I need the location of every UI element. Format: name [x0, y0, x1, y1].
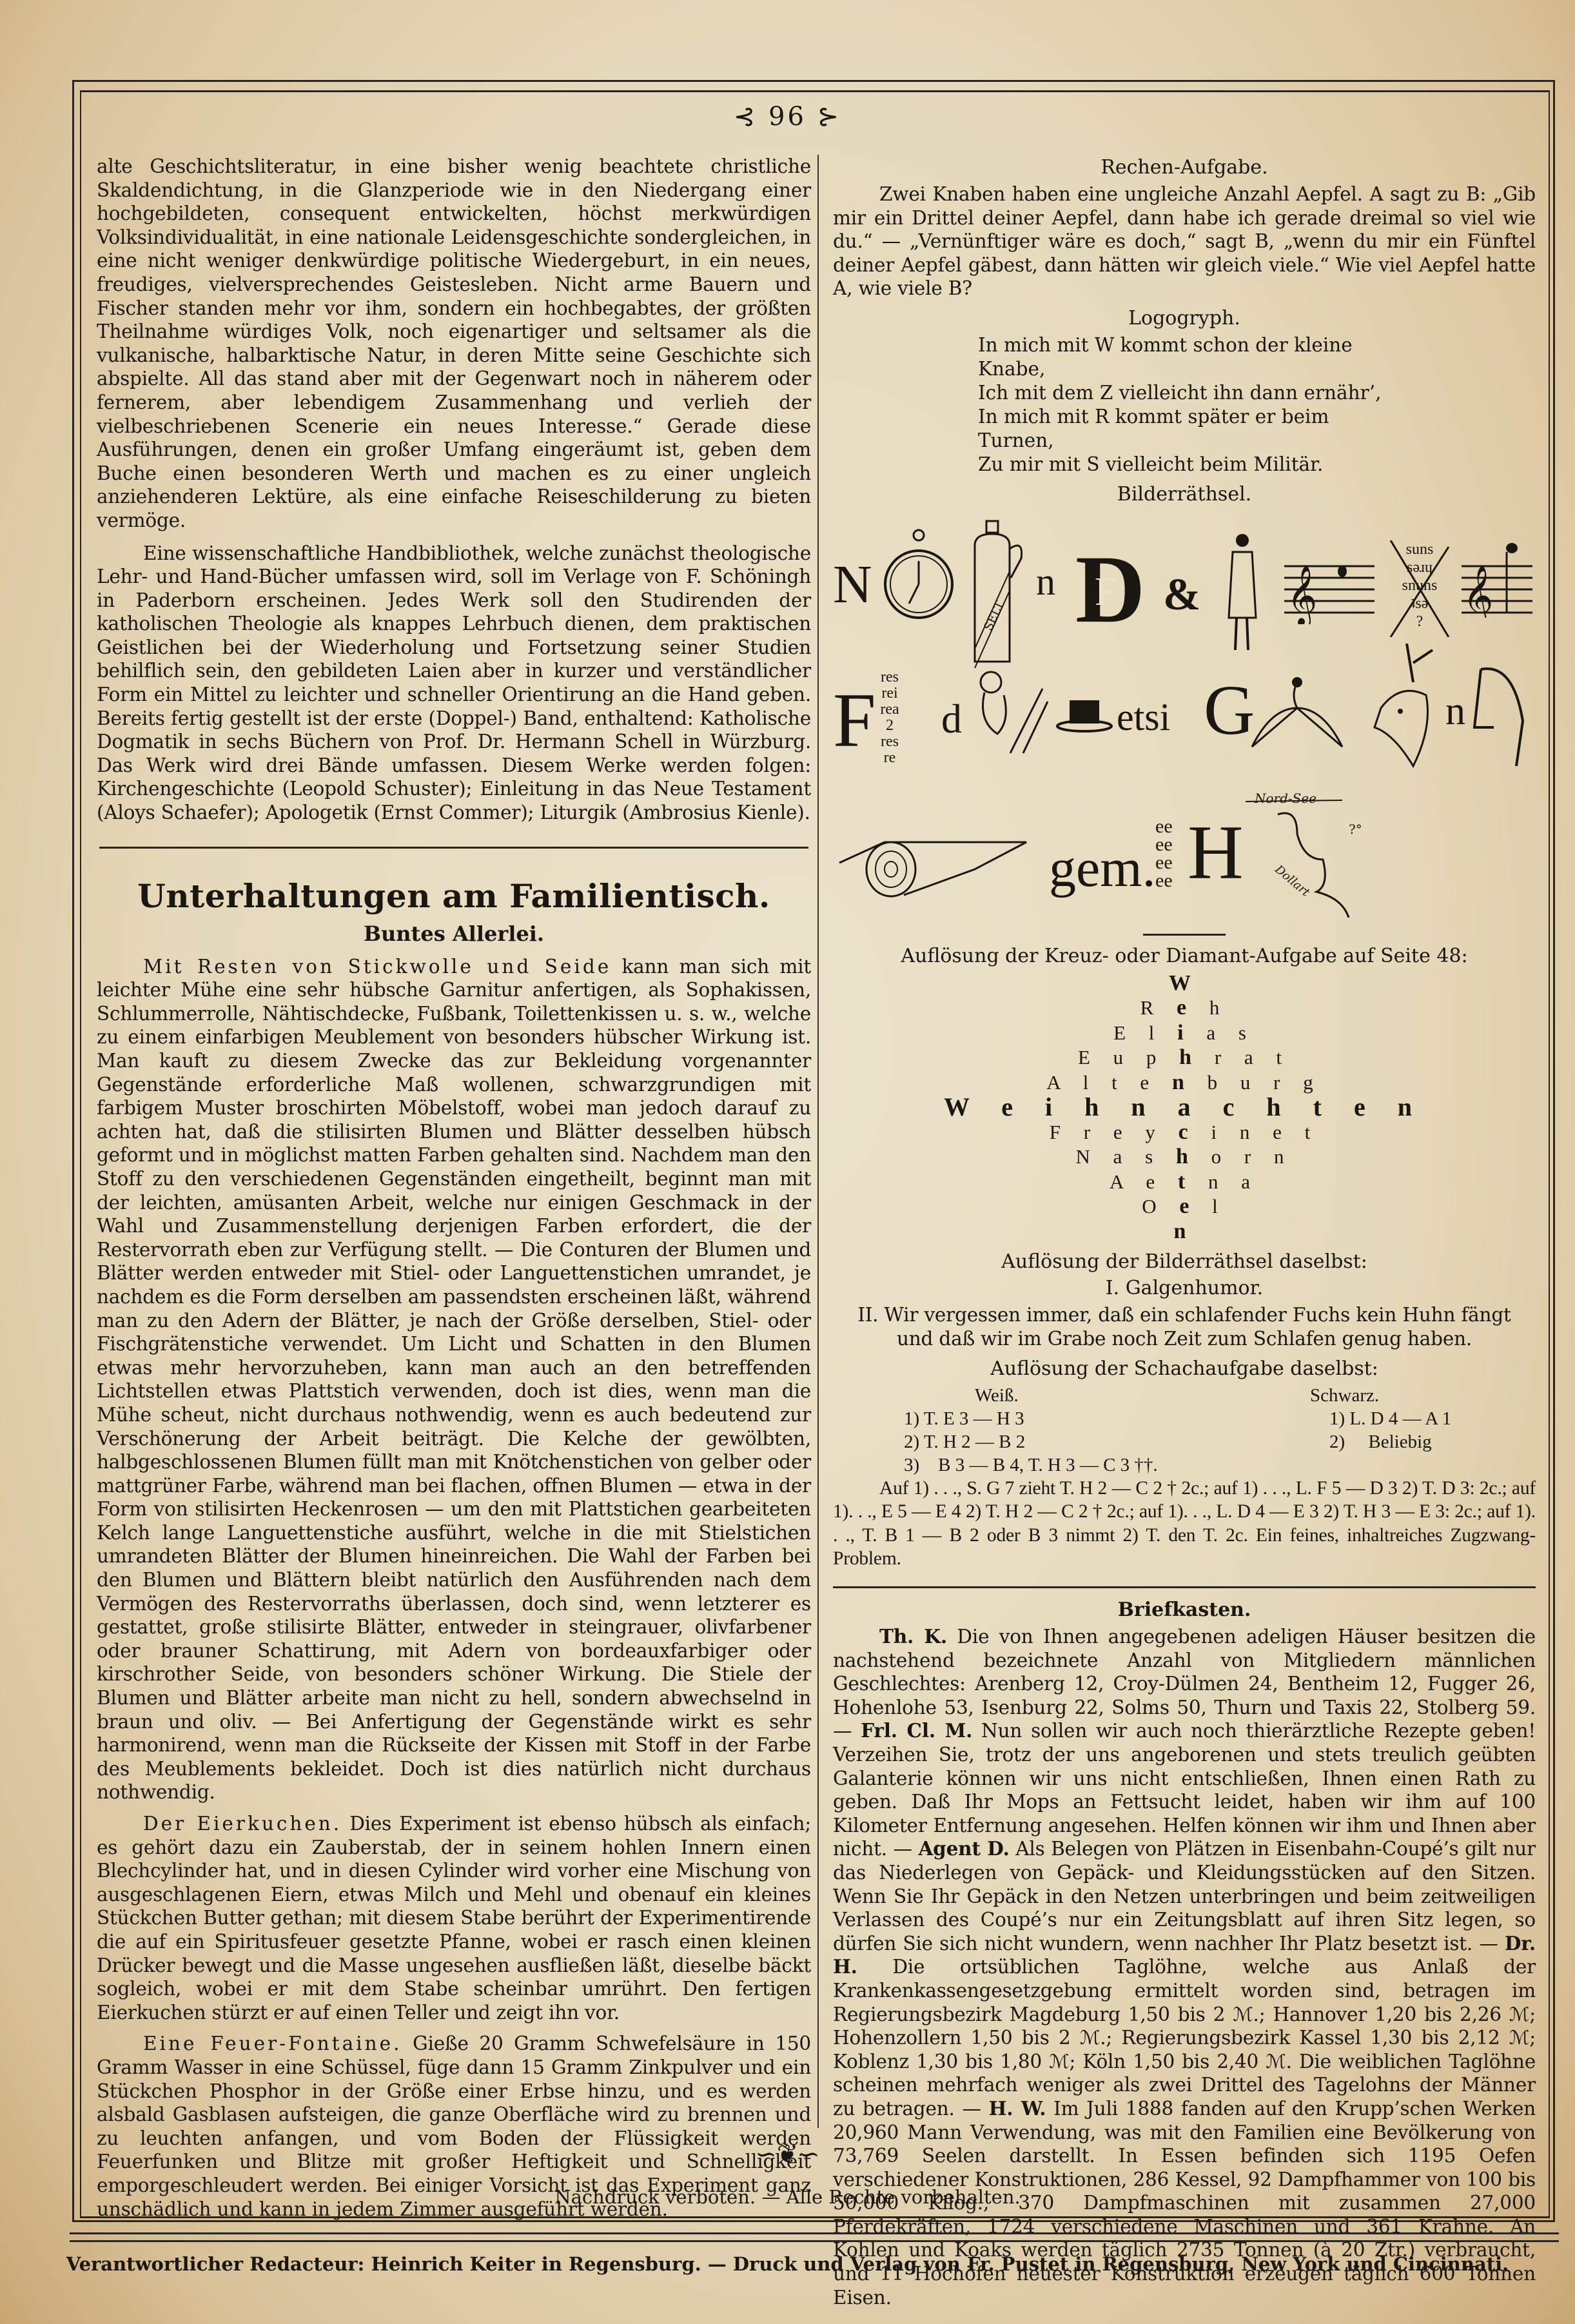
diamond-solution-grid: W R e h E l i a s E u p h r a t A l t e … [833, 971, 1536, 1245]
rebus-letter-h: H [1188, 808, 1244, 897]
page-number: ⊰ 96 ⊱ [0, 102, 1575, 132]
addressee: Agent D. [918, 1837, 1009, 1860]
diamond-row: N a s h o r n [833, 1145, 1536, 1170]
rebus-etsi: etsi [1117, 695, 1170, 740]
diamond-row: O e l [833, 1194, 1536, 1219]
chess-solution: Weiß. Schwarz. 1) T. E 3 — H 31) L. D 4 … [833, 1384, 1536, 1571]
chess-move: 1) T. E 3 — H 31) L. D 4 — A 1 [833, 1407, 1536, 1430]
diamond-solution-title: Auflösung der Kreuz- oder Diamant-Aufgab… [833, 945, 1536, 967]
addressee: H. W. [989, 2097, 1046, 2120]
imprint-line: Verantwortlicher Redacteur: Heinrich Kei… [0, 2253, 1575, 2275]
diamond-row-center: W e i h n a c h t e n [833, 1095, 1536, 1120]
crossed-syllables: res rei rea 2 res re [870, 669, 909, 766]
chess-move: 2) T. H 2 — B 22) Beliebig [833, 1430, 1536, 1453]
eierkuchen-lead: Der Eierkuchen. [143, 1813, 342, 1835]
seltzer-bottle-icon: SELT [962, 520, 1026, 668]
logogryph-poem: In mich mit W kommt schon der kleine Kna… [978, 333, 1391, 477]
standing-man-icon [1220, 527, 1265, 656]
diamond-row: E l i a s [833, 1021, 1536, 1046]
crossed-words: suns sǝɹɥ snuns ʇsǝ ? [1387, 540, 1452, 631]
pocket-watch-icon [883, 527, 954, 624]
rechen-aufgabe-title: Rechen-Aufgabe. [833, 156, 1536, 179]
rebus-small-d: d [941, 695, 962, 743]
chess-move: 3) B 3 — B 4, T. H 3 — C 3 ††. [833, 1453, 1536, 1477]
diamond-row: A e t n a [833, 1170, 1536, 1195]
rebus-ampersand: & [1163, 569, 1200, 621]
addressee: Th. K. [879, 1625, 947, 1648]
right-column: Rechen-Aufgabe. Zwei Knaben haben eine u… [833, 152, 1536, 2309]
rebus-gem: gem. [1049, 837, 1156, 900]
poem-line: In mich mit R kommt später er beim Turne… [978, 405, 1391, 453]
diamond-row: n [833, 1219, 1536, 1245]
chess-variations: Auf 1) . . ., S. G 7 zieht T. H 2 — C 2 … [833, 1477, 1536, 1571]
section-title: Unterhaltungen am Familientisch. [97, 877, 811, 915]
editor-name: Heinrich Keiter [371, 2253, 534, 2275]
subsection-title: Buntes Allerlei. [97, 921, 811, 946]
bottom-rule [70, 2232, 1559, 2234]
svg-text:𝄞: 𝄞 [1287, 565, 1317, 624]
column-rule [817, 155, 819, 2128]
eierkuchen-article: Der Eierkuchen. Dies Experiment ist eben… [97, 1812, 811, 2024]
black-label: Schwarz. [1310, 1384, 1379, 1407]
feuer-fontaine-lead: Eine Feuer-Fontaine. [143, 2033, 402, 2054]
stickwolle-lead: Mit Resten von Stickwolle und Seide [143, 956, 611, 978]
rebus-letter-n: N [833, 553, 872, 616]
stickwolle-text: kann man sich mit leichter Mühe eine seh… [97, 956, 811, 1804]
short-divider [1143, 934, 1226, 936]
deer-head-icon [1362, 644, 1445, 773]
copyright-notice: Nachdruck verboten. — Alle Rechte vorbeh… [0, 2186, 1575, 2208]
diamond-row: A l t e n b u r g [833, 1070, 1536, 1096]
picture-puzzle: N SELT n D F & [833, 515, 1536, 927]
diamond-row: F r e y c i n e t [833, 1120, 1536, 1145]
page-number-value: 96 [768, 102, 807, 132]
rebus-small-n-2: n [1445, 689, 1465, 734]
svg-text:SELT: SELT [981, 599, 1006, 633]
rebus-inner-f: F [1095, 569, 1117, 615]
left-column: alte Geschichtsliteratur, in eine bisher… [97, 155, 811, 2221]
cherub-ladder-icon [965, 663, 1049, 760]
coast-map-icon: Nord-See Dollart ?° [1246, 789, 1374, 918]
poem-line: Zu mir mit S vielleicht beim Militär. [978, 453, 1391, 477]
svg-text:𝄞: 𝄞 [1463, 565, 1493, 618]
chess-solution-title: Auflösung der Schachaufgabe daselbst: [833, 1357, 1536, 1380]
addressee: Frl. Cl. M. [861, 1719, 972, 1742]
eagle-icon [1246, 669, 1349, 766]
dog-icon [1468, 656, 1526, 773]
diamond-row: W [833, 971, 1536, 996]
briefkasten-title: Briefkasten. [833, 1599, 1536, 1621]
rebus-letter-f: F [833, 676, 876, 765]
section-divider [99, 847, 808, 849]
ornament-left-icon: ⊰ [734, 102, 758, 132]
briefkasten-divider [833, 1586, 1536, 1588]
top-hat-icon [1055, 695, 1113, 734]
picture-solution-two: II. Wir vergessen immer, daß ein schlafe… [833, 1303, 1536, 1350]
white-label: Weiß. [975, 1384, 1310, 1407]
picture-solution-title: Auflösung der Bilderräthsel daselbst: [833, 1250, 1536, 1273]
diamond-row: E u p h r a t [833, 1045, 1536, 1070]
stickwolle-article: Mit Resten von Stickwolle und Seide kann… [97, 955, 811, 1804]
poem-line: Ich mit dem Z vielleicht ihn dann ernähr… [978, 381, 1391, 405]
svg-text:Nord-See: Nord-See [1254, 791, 1316, 806]
rebus-ee-stack: ee ee ee ee [1155, 818, 1173, 890]
book-review-paragraph: alte Geschichtsliteratur, in eine bisher… [97, 155, 811, 533]
chess-headers: Weiß. Schwarz. [833, 1384, 1536, 1407]
bottom-rule [70, 2240, 1559, 2242]
music-staff-note-icon: 𝄞 [1462, 540, 1532, 618]
eierkuchen-text: Dies Experiment ist ebenso hübsch als ei… [97, 1813, 811, 2024]
library-paragraph: Eine wissenschaftliche Handbibliothek, w… [97, 542, 811, 825]
log-roll-icon [833, 831, 1039, 901]
music-staff-icon: 𝄞 [1284, 553, 1374, 624]
bilderraethsel-title: Bilderräthsel. [833, 483, 1536, 506]
svg-text:?°: ?° [1349, 822, 1362, 837]
logogryph-title: Logogryph. [833, 307, 1536, 330]
rebus-small-n: n [1036, 560, 1055, 604]
diamond-row: R e h [833, 996, 1536, 1021]
picture-solution-one: I. Galgenhumor. [833, 1277, 1536, 1299]
svg-text:Dollart: Dollart [1272, 862, 1313, 900]
ornament-right-icon: ⊱ [817, 102, 842, 132]
rechen-aufgabe-text: Zwei Knaben haben eine ungleiche Anzahl … [833, 182, 1536, 300]
cross-out-icon [1387, 540, 1452, 637]
publisher-name: Fr. Pustet [967, 2253, 1068, 2275]
poem-line: In mich mit W kommt schon der kleine Kna… [978, 333, 1391, 381]
footer-ornament-icon: ∽❦∽ [0, 2140, 1575, 2169]
